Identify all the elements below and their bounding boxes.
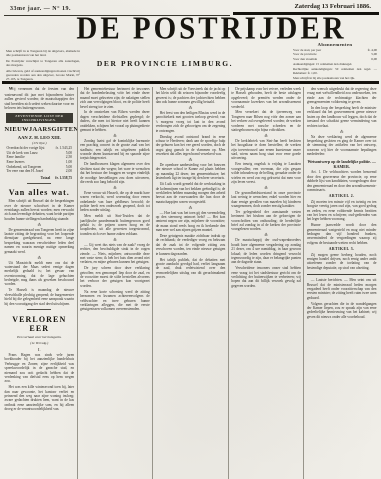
column-block-sep: ⁂: [156, 206, 226, 210]
donation-list: Overdracht der vorige lijstfr. 1.543,25U…: [7, 146, 73, 180]
subscription-note: Aankondigingen: 15 centiemen den drukreg…: [293, 62, 377, 66]
column-block-sep: ⁂: [5, 256, 75, 260]
newspaper-column: Men schrijft uit de Voerstreek dat de ja…: [152, 87, 228, 479]
column-block-p: De landbouwers klagen algemeen over den …: [80, 162, 150, 184]
newspaper-page: { "header": { "issue_line": "33me jaar. …: [0, 0, 381, 479]
column-block-p: Eene vrouw uit Hasselt, die op de markt …: [80, 191, 150, 213]
column-block-p: Uit Luik wordt gemeld dat de werkstaking…: [156, 182, 226, 204]
newspaper-column: Wij vernemen dat de feesten van den vast…: [2, 87, 77, 479]
imprint-line: Men schrijft in te Tongeren bij de uitge…: [6, 49, 80, 57]
column-block-p: Men meldt uit Sint-Truiden dat de jaarli…: [80, 214, 150, 236]
imprint-line: De Postrijder verschijnt te Tongeren all…: [6, 59, 80, 67]
imprint-block: Men schrijft in te Tongeren bij de uitge…: [6, 49, 80, 83]
subscription-rates: Voor de stad, per jaarfr. 4,00Voor de pr…: [293, 48, 377, 61]
column-block-p: Art. 1. De veldwachters worden benoemd d…: [307, 170, 377, 192]
column-block-p: Hunne jaarwedde wordt door den gemeenter…: [307, 223, 377, 245]
column-block-p: De prijskamp voor het vetvee, verleden w…: [231, 87, 301, 109]
imprint-line: Alle brieven, geld of aankondigingen moe…: [6, 69, 80, 81]
subscription-block: Abonnementen Voor de stad, per jaarfr. 4…: [293, 42, 377, 80]
list-banner: ZEVENTIENDE LIJST DER INSCHRIJVINGEN.: [6, 113, 74, 123]
column-block-p: Een treurig ongeluk is vrijdag te Lanake…: [231, 162, 301, 184]
date-line: Zaterdag 13 Februari 1886.: [294, 3, 371, 10]
column-block-p: den wensch uitgedrukt dat de regeering d…: [307, 87, 377, 105]
column-block-sep: ⁂: [231, 186, 301, 190]
column-block-div: [27, 309, 51, 310]
column-block-sep: ⁂: [231, 134, 301, 138]
column-block-p: Het feest van den heiligen Blasius werd …: [156, 111, 226, 133]
donations-subheading: AAN Z. H. LEO XIII.: [5, 135, 75, 140]
newspaper-column: De prijskamp voor het vetvee, verleden w…: [228, 87, 304, 479]
column-block-p: Zij mogen geene herberg houden, noch een…: [307, 253, 377, 271]
column-block-p: Volgens geruchten die in de wandelgangen…: [307, 302, 377, 320]
columns-container: Wij vernemen dat de feesten van den vast…: [2, 87, 379, 479]
subscription-note: Rechterlijke aankondigingen: 50 centieme…: [293, 67, 377, 75]
newspaper-column: Het gemeentebestuur herinnert de inwoner…: [77, 87, 153, 479]
column-block-p: Ter gelegenheid der aanstaande vasten he…: [231, 210, 301, 232]
column-block-p: De gezondheidstoestand in onze provincie…: [231, 191, 301, 209]
column-block-sep: ⁂: [231, 233, 301, 237]
column-block-p: Verscheidene inwoners onzer stad hebben …: [231, 266, 301, 288]
column-block-p: Na deze verklaring werd de algemeene bes…: [307, 135, 377, 157]
column-block-p: In de omstreken van Bilsen werden dezer …: [80, 110, 150, 132]
column-block-p: Het talrijk publiek, dat de debatten met…: [156, 258, 226, 280]
column-block-p: — Laatste berichten. — Men seint ons uit…: [307, 278, 377, 300]
subscription-notes: Aankondigingen: 15 centiemen den drukreg…: [293, 62, 377, 80]
column-block-p: Uit Maastricht meldt men ons dat de wate…: [5, 261, 75, 287]
masthead-rule: [2, 81, 379, 84]
newspaper-column: den wensch uitgedrukt dat de regeering d…: [303, 87, 379, 479]
column-block-sep: ⁂: [307, 130, 377, 134]
column-block-sep: ⁂: [80, 134, 150, 138]
column-block-divfull: [307, 274, 377, 275]
column-block-p: Deze getuigenis maakte zichtbaar indruk …: [156, 234, 226, 256]
column-block-p: Dinsdag avond ontstond brand in eene sch…: [156, 135, 226, 157]
column-block-p: — Gij weet dus niets van de zaak? vroeg …: [80, 243, 150, 265]
column-block-p: Men schrijft uit de Voerstreek dat de ja…: [156, 87, 226, 105]
column-block-sep: ⁂: [156, 158, 226, 162]
intro-paragraph: Wij vernemen dat de feesten van den vast…: [5, 87, 75, 111]
column-block-sep: ⁂: [80, 186, 150, 190]
column-block-p: De maatschappij der oud-wapenbroeders ho…: [231, 238, 301, 264]
chapter-number: I.: [5, 347, 75, 352]
article-2-heading: ARTIKEL 2.: [307, 194, 377, 198]
donation-row: Ter eere van den H. Jozef2,00: [7, 169, 73, 174]
article-3-heading: ARTIKEL 3.: [307, 247, 377, 251]
donation-total-row: Totaalfr. 1.558,75: [7, 176, 73, 181]
column-block-p: Het was een kille winteravond toen hij, …: [5, 385, 75, 411]
subscription-title: Abonnementen: [293, 42, 377, 47]
column-block-p: In den loop der bespreking heeft de mini…: [307, 106, 377, 128]
story-title: VERLOREN EER: [5, 315, 75, 333]
column-block-sep: ⁂: [80, 238, 150, 242]
column-block-p: De openbare aanbesteding voor het bouwen…: [156, 163, 226, 181]
column-block-p: Zij moeten ten minste vijf en twintig en…: [307, 200, 377, 222]
column-block-p: Zondag laatst gaf de koninklijke harmoni…: [80, 139, 150, 161]
column-block-p: De kerkfabriek van Sint-Jan heeft beslot…: [231, 139, 301, 161]
column-block-p: De jury scheen door deze verklaring getr…: [80, 266, 150, 288]
column-block-p: Men verzekert dat de ijzerenweg van Tong…: [231, 110, 301, 132]
story-subtitle: Een verhaal voor het huisgezin.: [5, 335, 75, 339]
column-block-p: De gemeenteraad van Tongeren heeft in zi…: [5, 228, 75, 254]
column-block-sep: ⁂: [156, 106, 226, 110]
story-continuation: (1e Vervolg.): [5, 341, 75, 345]
column-block-p: Het gemeentebestuur herinnert de inwoner…: [80, 87, 150, 109]
column-block-p: Men schrijft uit Brussel dat de bespreki…: [5, 199, 75, 221]
donations-heading: NIEUWJAARSGIFTEN: [5, 126, 75, 133]
column-block-div: [27, 183, 51, 184]
column-block-p: Frans Hagen was sinds vele jaren boekhou…: [5, 353, 75, 384]
section-heading-van-alles-wat: Van alles wat.: [5, 188, 75, 197]
donations-list-number: (17e lijst.): [5, 141, 75, 145]
law-heading: Wetsontwerp op de landelijke politie. — …: [307, 159, 377, 169]
column-block-p: Na eene korte schorsing werd de zitting …: [80, 290, 150, 312]
column-block-p: — Hoe laat was het toen gij den vreemdel…: [156, 211, 226, 233]
subscription-note: Men schrijft in bij alle postkantoren va…: [293, 76, 377, 80]
column-block-sep: ⁂: [5, 223, 75, 227]
column-block-p: Te Hasselt is maandag de nieuwe vleeschh…: [5, 288, 75, 306]
subscription-rate-row: Voor den vreemde6,00: [293, 57, 377, 61]
